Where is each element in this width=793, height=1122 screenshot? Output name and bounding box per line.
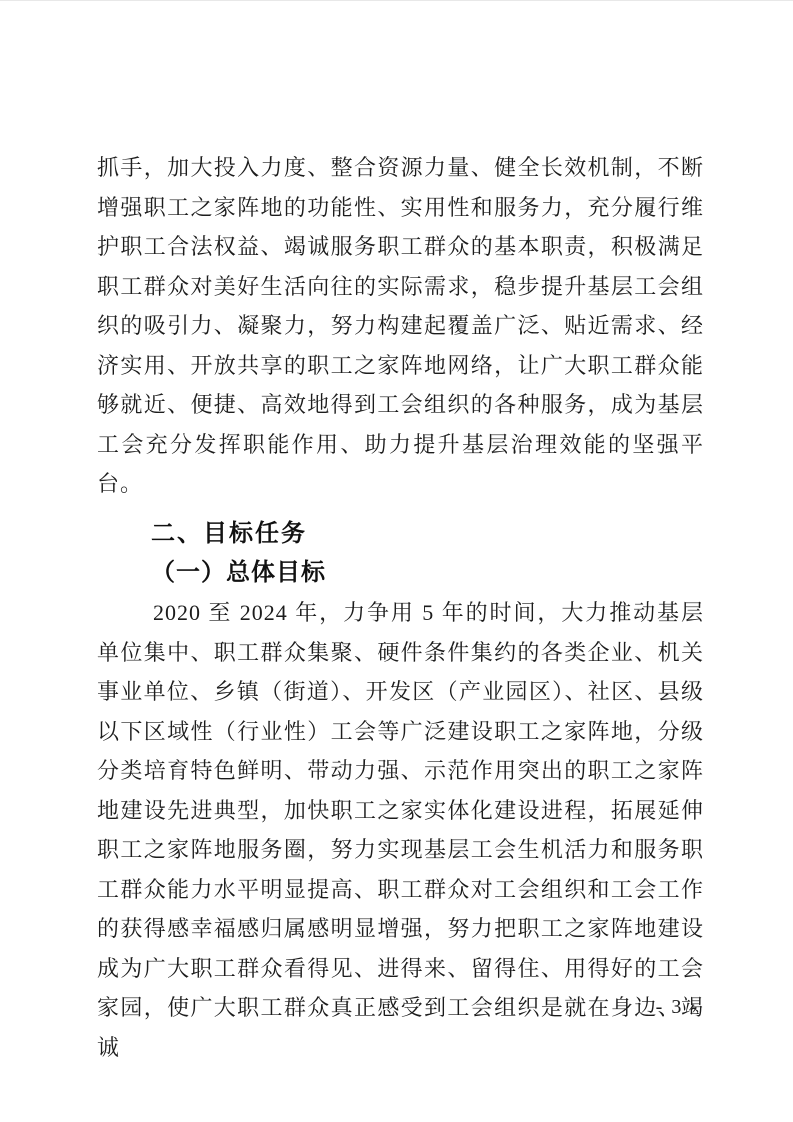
page-content: 抓手，加大投入力度、整合资源力量、健全长效机制，不断增强职工之家阵地的功能性、实… — [97, 148, 704, 1067]
document-viewer: { "document": { "body_paragraph_1": "抓手，… — [0, 0, 793, 1122]
section-heading: 二、目标任务 — [97, 514, 704, 554]
page-number: - 3 - — [656, 996, 699, 1019]
document-page: 抓手，加大投入力度、整合资源力量、健全长效机制，不断增强职工之家阵地的功能性、实… — [0, 0, 793, 1122]
subsection-heading: （一）总体目标 — [97, 553, 704, 593]
body-paragraph-overall-goal: 2020 至 2024 年，力争用 5 年的时间，大力推动基层单位集中、职工群众… — [97, 593, 704, 1067]
body-paragraph-continuation: 抓手，加大投入力度、整合资源力量、健全长效机制，不断增强职工之家阵地的功能性、实… — [97, 148, 704, 504]
